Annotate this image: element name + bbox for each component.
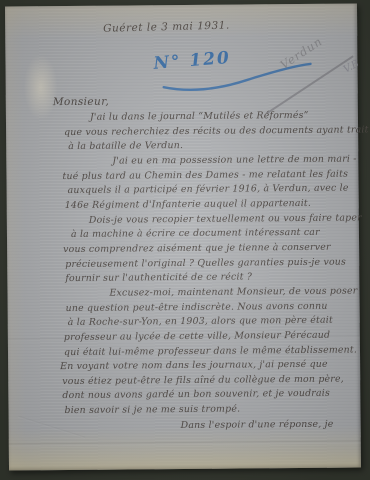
- letter-line: que vous recherchiez des récits ou des d…: [64, 123, 352, 140]
- letter-line: J'ai eu en ma possession une lettre de m…: [112, 152, 352, 169]
- letter-line: bien savoir si je ne me suis trompé.: [64, 402, 354, 419]
- letter-line: Excusez-moi, maintenant Monsieur, de vou…: [109, 284, 353, 301]
- fold-crease: [9, 440, 361, 446]
- photo-background: Guéret le 3 mai 1931. N° 120 Verdun V.B …: [0, 0, 370, 480]
- letter-line: dont nous avons gardé un bon souvenir, e…: [62, 387, 354, 404]
- letter-closing-line: Dans l'espoir d'une réponse, je: [181, 417, 355, 433]
- salutation: Monsieur,: [53, 96, 109, 108]
- letter-paper: Guéret le 3 mai 1931. N° 120 Verdun V.B …: [5, 3, 361, 470]
- letter-body: J'ai lu dans le journal “Mutilés et Réfo…: [50, 109, 355, 435]
- letter-line: précieusement l'original ? Quelles garan…: [65, 255, 353, 272]
- date-line: Guéret le 3 mai 1931.: [103, 19, 230, 34]
